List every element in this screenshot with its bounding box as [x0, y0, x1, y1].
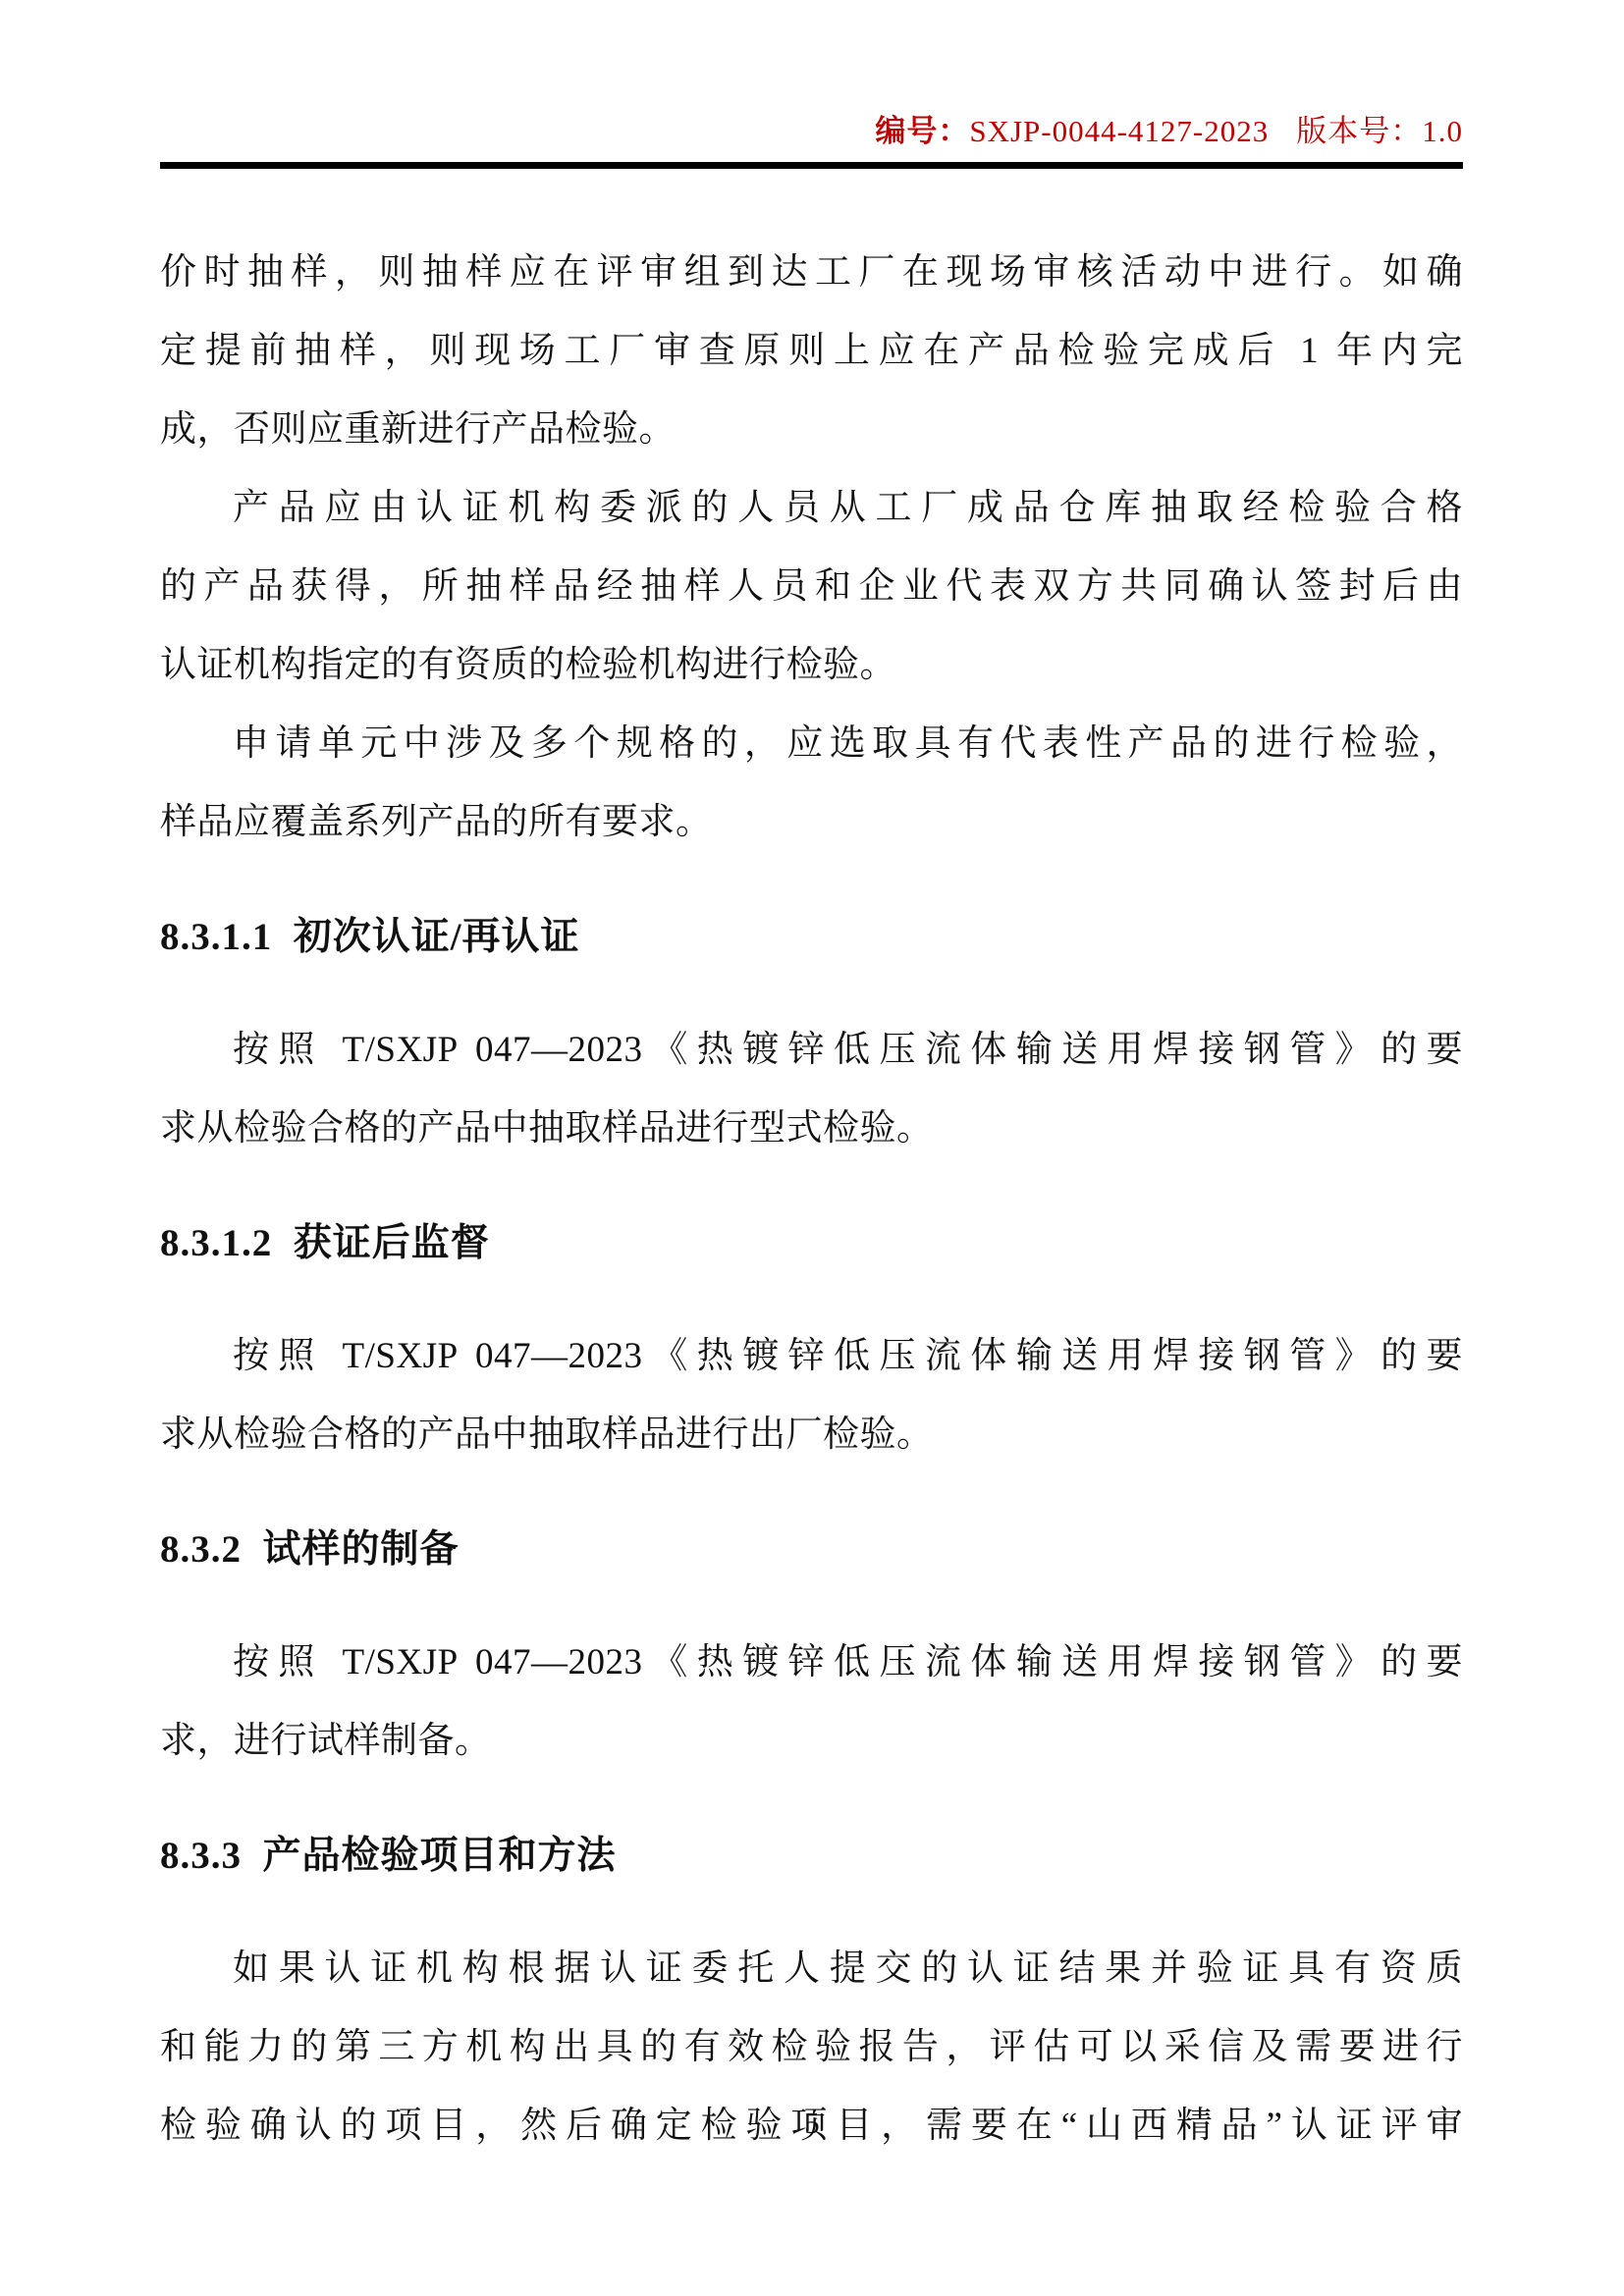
page-number: 5 [0, 2106, 1624, 2141]
section-heading-post-certification: 8.3.1.2获证后监督 [160, 1213, 1463, 1274]
heading-title: 初次认证/再认证 [294, 916, 580, 958]
section-heading-initial-certification: 8.3.1.1初次认证/再认证 [160, 907, 1463, 968]
text-line: 价时抽样，则抽样应在评审组到达工厂在现场审核活动中进行。如确 [160, 234, 1463, 312]
section-heading-specimen-preparation: 8.3.2试样的制备 [160, 1520, 1463, 1580]
heading-number: 8.3.1.1 [160, 916, 272, 958]
heading-title: 获证后监督 [294, 1222, 490, 1264]
text-line: 求从检验合格的产品中抽取样品进行型式检验。 [160, 1090, 1463, 1168]
text-line: 按照 T/SXJP 047—2023《热镀锌低压流体输送用焊接钢管》的要 [160, 1317, 1463, 1396]
text-line: 求，进行试样制备。 [160, 1702, 1463, 1781]
paragraph-units: 申请单元中涉及多个规格的，应选取具有代表性产品的进行检验， 样品应覆盖系列产品的… [160, 705, 1463, 862]
doc-number-label: 编号： [875, 114, 969, 148]
text-line: 的产品获得，所抽样品经抽样人员和企业代表双方共同确认签封后由 [160, 548, 1463, 626]
heading-title: 产品检验项目和方法 [262, 1835, 616, 1877]
header-divider [160, 162, 1463, 169]
paragraph-intro: 价时抽样，则抽样应在评审组到达工厂在现场审核活动中进行。如确 定提前抽样，则现场… [160, 234, 1463, 469]
paragraph-post-certification: 按照 T/SXJP 047—2023《热镀锌低压流体输送用焊接钢管》的要 求从检… [160, 1317, 1463, 1474]
paragraph-initial-certification: 按照 T/SXJP 047—2023《热镀锌低压流体输送用焊接钢管》的要 求从检… [160, 1011, 1463, 1168]
text-line: 申请单元中涉及多个规格的，应选取具有代表性产品的进行检验， [160, 705, 1463, 783]
heading-number: 8.3.2 [160, 1528, 242, 1571]
text-line: 如果认证机构根据认证委托人提交的认证结果并验证具有资质 [160, 1930, 1463, 2008]
text-line: 定提前抽样，则现场工厂审查原则上应在产品检验完成后 1 年内完 [160, 312, 1463, 391]
document-page: 编号：SXJP-0044-4127-2023版本号：1.0 价时抽样，则抽样应在… [0, 0, 1624, 2296]
version-value: 1.0 [1422, 114, 1463, 148]
paragraph-specimen-preparation: 按照 T/SXJP 047—2023《热镀锌低压流体输送用焊接钢管》的要 求，进… [160, 1624, 1463, 1781]
text-line: 认证机构指定的有资质的检验机构进行检验。 [160, 626, 1463, 705]
version-label: 版本号： [1296, 114, 1422, 148]
doc-number-value: SXJP-0044-4127-2023 [969, 114, 1269, 148]
heading-title: 试样的制备 [262, 1528, 459, 1571]
text-line: 和能力的第三方机构出具的有效检验报告，评估可以采信及需要进行 [160, 2008, 1463, 2087]
page-header: 编号：SXJP-0044-4127-2023版本号：1.0 [160, 106, 1463, 160]
section-heading-inspection-items: 8.3.3产品检验项目和方法 [160, 1826, 1463, 1887]
text-line: 样品应覆盖系列产品的所有要求。 [160, 783, 1463, 862]
text-line: 产品应由认证机构委派的人员从工厂成品仓库抽取经检验合格 [160, 469, 1463, 548]
text-line: 求从检验合格的产品中抽取样品进行出厂检验。 [160, 1396, 1463, 1474]
heading-number: 8.3.1.2 [160, 1222, 272, 1264]
text-line: 按照 T/SXJP 047—2023《热镀锌低压流体输送用焊接钢管》的要 [160, 1011, 1463, 1090]
paragraph-sampling: 产品应由认证机构委派的人员从工厂成品仓库抽取经检验合格 的产品获得，所抽样品经抽… [160, 469, 1463, 705]
text-line: 成，否则应重新进行产品检验。 [160, 391, 1463, 469]
heading-number: 8.3.3 [160, 1835, 242, 1877]
text-line: 按照 T/SXJP 047—2023《热镀锌低压流体输送用焊接钢管》的要 [160, 1624, 1463, 1702]
